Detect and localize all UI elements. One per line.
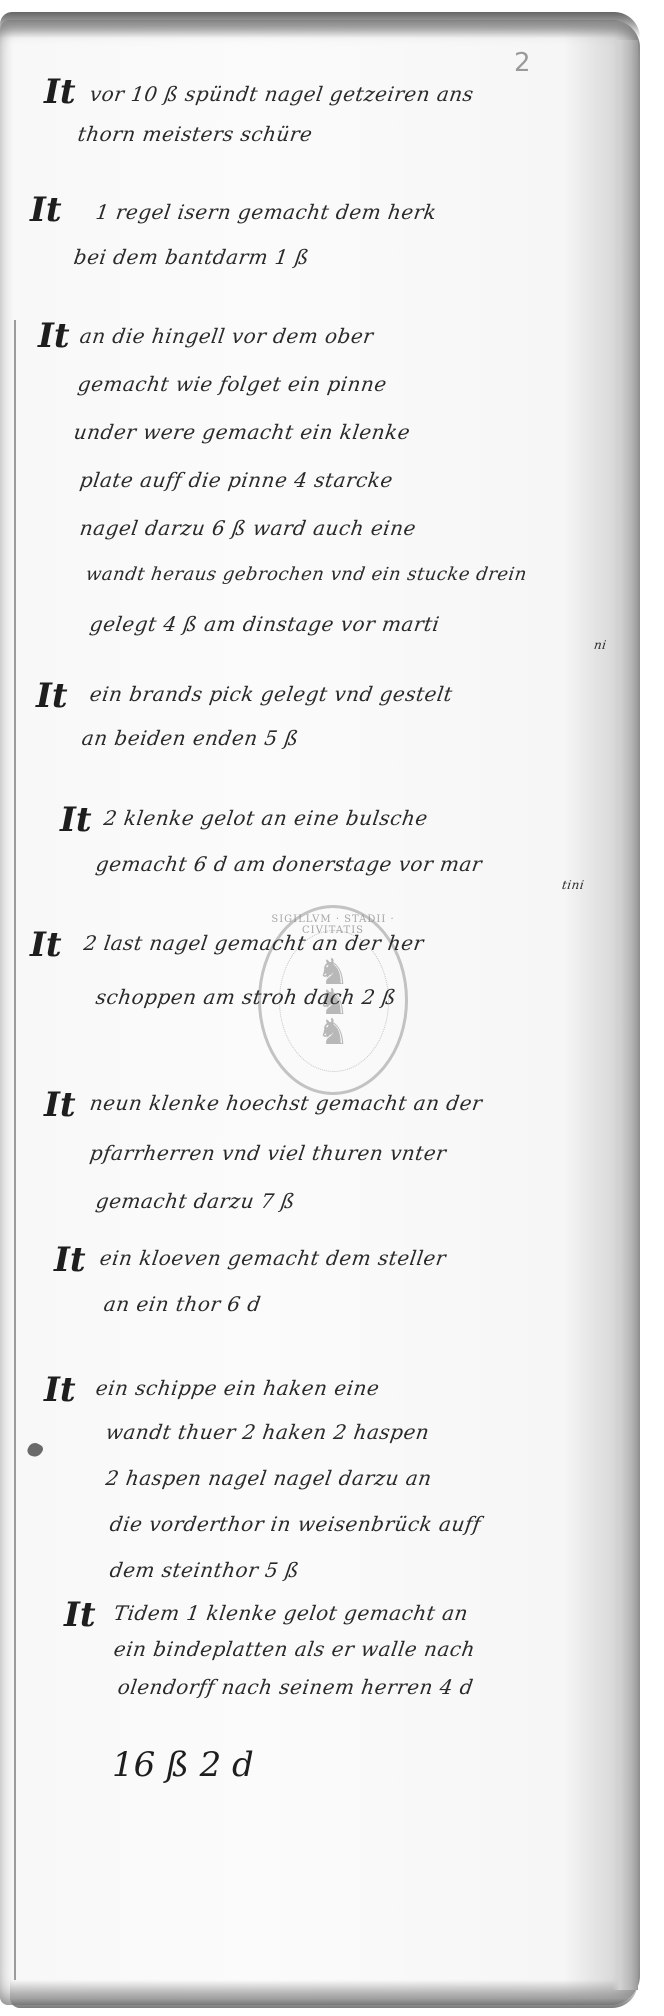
item-mark: It bbox=[30, 925, 62, 965]
entry-line: 2 last nagel gemacht an der her bbox=[82, 931, 425, 955]
item-mark: It bbox=[64, 1595, 96, 1635]
item-mark: It bbox=[38, 316, 70, 356]
entry-line: gemacht darzu 7 ß bbox=[94, 1189, 296, 1213]
entry-line: gemacht 6 d am donerstage vor mar bbox=[94, 852, 483, 876]
entry-line: pfarrherren vnd viel thuren vnter bbox=[88, 1141, 448, 1165]
entry-line: plate auff die pinne 4 starcke bbox=[78, 468, 394, 492]
entry-line: wandt heraus gebrochen vnd ein stucke dr… bbox=[85, 564, 529, 585]
entry-line: schoppen am stroh dach 2 ß bbox=[94, 985, 397, 1009]
entry-line: ein kloeven gemacht dem steller bbox=[98, 1246, 447, 1270]
binding-margin-line bbox=[14, 320, 16, 1980]
page-top-edge bbox=[0, 12, 640, 38]
entry-line: wandt thuer 2 haken 2 haspen bbox=[104, 1420, 431, 1444]
item-mark: It bbox=[44, 72, 76, 112]
page-right-fold bbox=[612, 40, 638, 1990]
item-mark: It bbox=[30, 190, 62, 230]
entry-line: ein bindeplatten als er walle nach bbox=[112, 1637, 476, 1661]
entry-line: neun klenke hoechst gemacht an der bbox=[88, 1091, 484, 1115]
entry-line: vor 10 ß spündt nagel getzeiren ans bbox=[88, 82, 475, 106]
entry-line: gelegt 4 ß am dinstage vor marti bbox=[88, 612, 441, 636]
page-total: 16 ß 2 d bbox=[112, 1745, 254, 1785]
entry-line: dem steinthor 5 ß bbox=[108, 1558, 301, 1582]
manuscript-scan: 2 SIGILLVM · STADII · CIVITATIS ♞♞♞ It v… bbox=[0, 0, 664, 2016]
entry-line: ein brands pick gelegt vnd gestelt bbox=[88, 682, 454, 706]
entry-line: thorn meisters schüre bbox=[76, 122, 314, 146]
item-mark: It bbox=[54, 1240, 86, 1280]
entry-line: 2 haspen nagel nagel darzu an bbox=[104, 1466, 433, 1490]
entry-line: ein schippe ein haken eine bbox=[94, 1376, 381, 1400]
item-mark: It bbox=[44, 1370, 76, 1410]
entry-line: an die hingell vor dem ober bbox=[78, 324, 375, 348]
entry-line-superscript: tini bbox=[561, 878, 585, 892]
entry-line: Tidem 1 klenke gelot gemacht an bbox=[112, 1601, 469, 1625]
item-mark: It bbox=[60, 800, 92, 840]
entry-line: gemacht wie folget ein pinne bbox=[76, 372, 388, 396]
entry-line: 2 klenke gelot an eine bulsche bbox=[102, 806, 429, 830]
entry-line: an ein thor 6 d bbox=[102, 1292, 262, 1316]
item-mark: It bbox=[44, 1085, 76, 1125]
entry-line: nagel darzu 6 ß ward auch eine bbox=[78, 516, 417, 540]
entry-line: under were gemacht ein klenke bbox=[72, 420, 412, 444]
entry-line: bei dem bantdarm 1 ß bbox=[72, 245, 310, 269]
entry-line: an beiden enden 5 ß bbox=[80, 726, 300, 750]
entry-line: die vorderthor in weisenbrück auff bbox=[108, 1512, 482, 1536]
entry-line: olendorff nach seinem herren 4 d bbox=[116, 1675, 475, 1699]
folio-number: 2 bbox=[514, 48, 531, 78]
item-mark: It bbox=[36, 676, 68, 716]
entry-line-superscript: ni bbox=[593, 638, 608, 652]
page-bottom-edge bbox=[10, 1980, 638, 2008]
entry-line: 1 regel isern gemacht dem herk bbox=[94, 200, 438, 224]
